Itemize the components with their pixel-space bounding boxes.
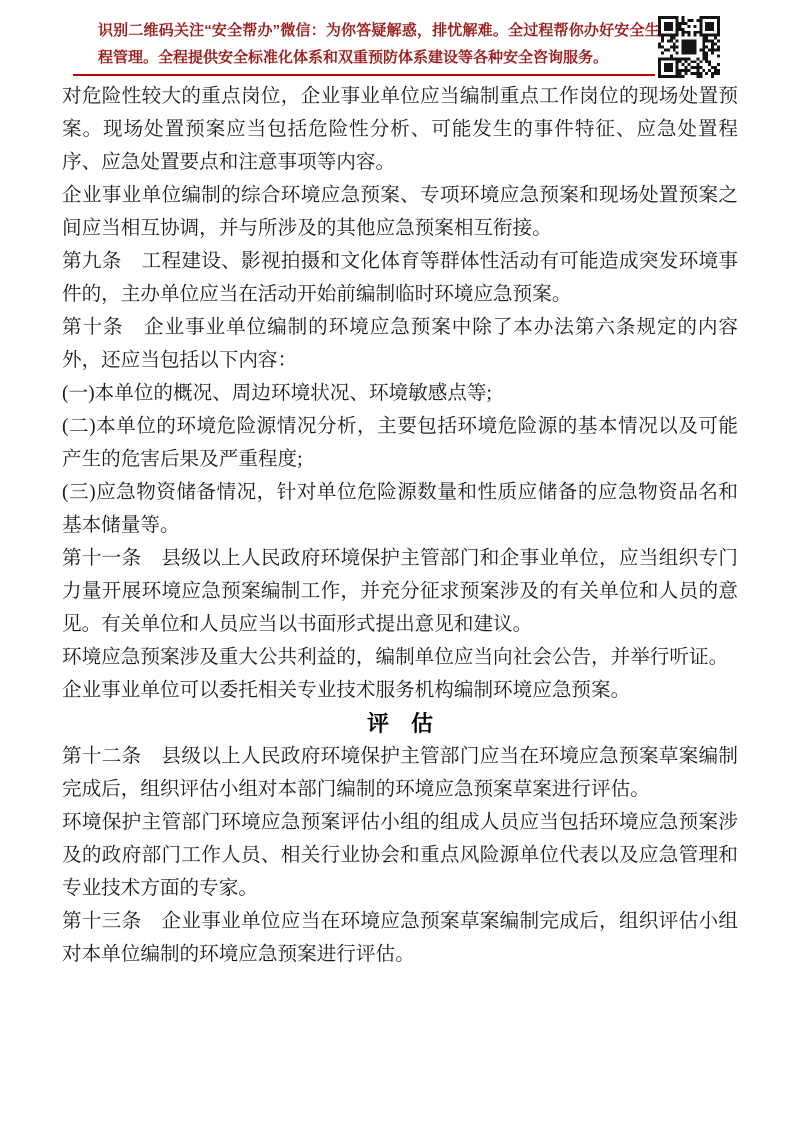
- legal-paragraph: 企业事业单位可以委托相关专业技术服务机构编制环境应急预案。: [62, 674, 738, 707]
- legal-paragraph-article-11: 第十一条 县级以上人民政府环境保护主管部门和企事业单位，应当组织专门力量开展环境…: [62, 542, 738, 641]
- header-notice-text: 识别二维码关注“安全帮办”微信：为你答疑解惑，排忧解难。全过程帮你办好安全生产过…: [98, 17, 690, 71]
- qr-code-icon: [658, 16, 720, 78]
- document-body: 对危险性较大的重点岗位，企业事业单位应当编制重点工作岗位的现场处置预案。现场处置…: [62, 80, 738, 971]
- legal-paragraph-article-12: 第十二条 县级以上人民政府环境保护主管部门应当在环境应急预案草案编制完成后，组织…: [62, 740, 738, 806]
- legal-list-item-2: (二)本单位的环境危险源情况分析，主要包括环境危险源的基本情况以及可能产生的危害…: [62, 410, 738, 476]
- legal-paragraph: 企业事业单位编制的综合环境应急预案、专项环境应急预案和现场处置预案之间应当相互协…: [62, 179, 738, 245]
- legal-list-item-3: (三)应急物资储备情况，针对单位危险源数量和性质应储备的应急物资品名和基本储量等…: [62, 476, 738, 542]
- legal-list-item-1: (一)本单位的概况、周边环境状况、环境敏感点等;: [62, 377, 738, 410]
- legal-paragraph-article-9: 第九条 工程建设、影视拍摄和文化体育等群体性活动有可能造成突发环境事件的，主办单…: [62, 245, 738, 311]
- legal-paragraph: 对危险性较大的重点岗位，企业事业单位应当编制重点工作岗位的现场处置预案。现场处置…: [62, 80, 738, 179]
- legal-paragraph: 环境保护主管部门环境应急预案评估小组的组成人员应当包括环境应急预案涉及的政府部门…: [62, 806, 738, 905]
- legal-paragraph-article-10: 第十条 企业事业单位编制的环境应急预案中除了本办法第六条规定的内容外，还应当包括…: [62, 311, 738, 377]
- document-page: 识别二维码关注“安全帮办”微信：为你答疑解惑，排忧解难。全过程帮你办好安全生产过…: [0, 0, 793, 1122]
- header-divider-rule: [73, 74, 655, 76]
- section-heading-evaluation: 评 估: [62, 707, 738, 740]
- legal-paragraph-article-13: 第十三条 企业事业单位应当在环境应急预案草案编制完成后，组织评估小组对本单位编制…: [62, 905, 738, 971]
- legal-paragraph: 环境应急预案涉及重大公共利益的，编制单位应当向社会公告，并举行听证。: [62, 641, 738, 674]
